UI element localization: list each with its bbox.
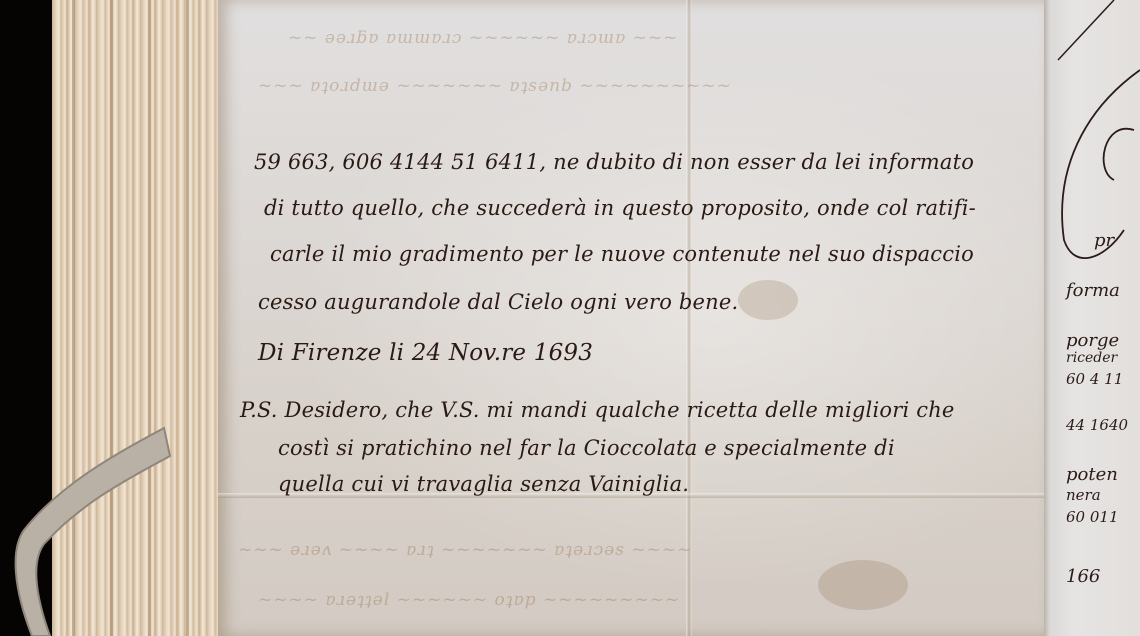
flourish-initial: [1044, 0, 1140, 300]
facing-line: 60 4 11: [1066, 370, 1123, 388]
letter-postscript-line-1: P.S. Desidero, che V.S. mi mandi qualche…: [240, 398, 955, 422]
letter-line-2: di tutto quello, che succederà in questo…: [264, 196, 976, 220]
letter-postscript-line-3: quella cui vi travaglia senza Vainiglia.: [278, 472, 689, 496]
facing-line: 60 011: [1066, 508, 1119, 526]
facing-line: pr: [1094, 230, 1114, 251]
letter-dateline: Di Firenze li 24 Nov.re 1693: [258, 340, 593, 366]
page-edge: [186, 0, 189, 636]
bleed-through-text: ~~~ ɐʇoɹdɯǝ ~~~~~~~ ɐʇsǝnb ~~~~~~~~~~: [258, 76, 1084, 96]
letter-postscript-line-2: costì si pratichino nel far la Cioccolat…: [278, 436, 895, 460]
facing-line: poten: [1066, 464, 1118, 485]
binding-strap: [4, 420, 174, 636]
bleed-through-text: ~~ ǝǝɹƃɐ ɐɯɯɐɹɔ ~~~~~~ ɐɹɔɯɐ ~~~: [288, 28, 1114, 48]
facing-line: porge: [1066, 330, 1119, 351]
facing-line: riceder: [1066, 350, 1117, 366]
manuscript-page: ~~ ǝǝɹƃɐ ɐɯɯɐɹɔ ~~~~~~ ɐɹɔɯɐ ~~~ ~~~ ɐʇo…: [218, 0, 1044, 636]
ink-stain: [818, 560, 908, 610]
facing-line: forma: [1066, 280, 1120, 301]
bleed-through-text: ~~~~ ɐɹǝʇʇǝl ~~~~~~ oʇɐp ~~~~~~~~~: [258, 590, 1084, 610]
facing-page: pr forma porge riceder 60 4 11 44 1640 p…: [1044, 0, 1140, 636]
letter-line-4: cesso augurandole dal Cielo ogni vero be…: [258, 290, 738, 314]
letter-line-3: carle il mio gradimento per le nuove con…: [270, 242, 974, 266]
bleed-through-text: ~~~ ǝɹǝʌ ~~~~ ɐɹʇ ~~~~~~~ ɐʇǝɹɔǝs ~~~~: [238, 540, 1064, 560]
facing-line: nera: [1066, 486, 1101, 504]
letter-line-1: 59 663, 606 4144 51 6411, ne dubito di n…: [254, 150, 974, 174]
facing-line: 166: [1066, 566, 1100, 587]
ink-stain: [738, 280, 798, 320]
facing-line: 44 1640: [1066, 416, 1128, 434]
